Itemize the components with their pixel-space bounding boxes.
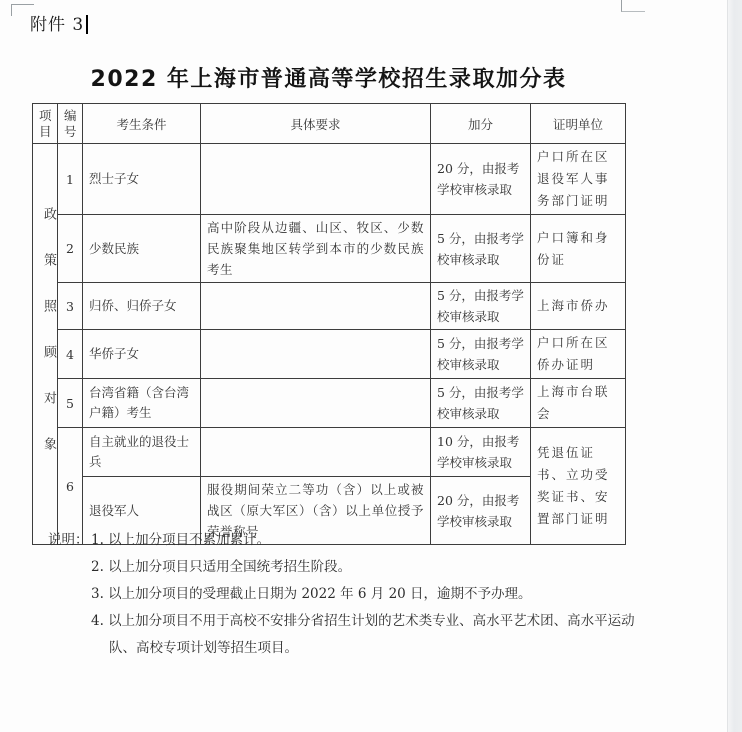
table-row: 6 自主就业的退役士兵 10 分，由报考学校审核录取 凭退伍证书、立功受奖证书、… <box>33 428 626 477</box>
cell-proof[interactable]: 上海市侨办 <box>531 283 626 330</box>
cell-requirement[interactable] <box>201 144 431 215</box>
cell-condition[interactable]: 归侨、归侨子女 <box>83 283 201 330</box>
cell-proof[interactable]: 上海市台联会 <box>531 379 626 428</box>
page-edge-strip <box>727 0 742 732</box>
cell-condition[interactable]: 烈士子女 <box>83 144 201 215</box>
notes-label[interactable]: 说明： <box>48 527 91 662</box>
cell-condition[interactable]: 台湾省籍（含台湾户籍）考生 <box>83 379 201 428</box>
note-item-1[interactable]: 1. 以上加分项目不累加累计。 <box>91 527 643 554</box>
table-header-row: 项目 编号 考生条件 具体要求 加分 证明单位 <box>33 104 626 144</box>
cell-bonus[interactable]: 10 分，由报考学校审核录取 <box>431 428 531 477</box>
cell-condition[interactable]: 华侨子女 <box>83 330 201 379</box>
cell-requirement[interactable]: 高中阶段从边疆、山区、牧区、少数民族聚集地区转学到本市的少数民族考生 <box>201 215 431 283</box>
header-requirement[interactable]: 具体要求 <box>201 104 431 144</box>
table-row: 政策照顾对象 1 烈士子女 20 分，由报考学校审核录取 户口所在区退役军人事务… <box>33 144 626 215</box>
cell-bonus[interactable]: 5 分，由报考学校审核录取 <box>431 379 531 428</box>
cell-proof[interactable]: 户口所在区退役军人事务部门证明 <box>531 144 626 215</box>
cell-requirement[interactable] <box>201 283 431 330</box>
text-boundary-corner-mark-top-right <box>621 0 645 12</box>
cell-proof[interactable]: 户口簿和身份证 <box>531 215 626 283</box>
cell-bonus[interactable]: 5 分，由报考学校审核录取 <box>431 283 531 330</box>
table-row: 4 华侨子女 5 分，由报考学校审核录取 户口所在区侨办证明 <box>33 330 626 379</box>
document-page[interactable]: 附件 3 2022 年上海市普通高等学校招生录取加分表 项目 编号 考生条件 具… <box>0 0 742 732</box>
cell-bonus[interactable]: 5 分，由报考学校审核录取 <box>431 215 531 283</box>
cell-requirement[interactable] <box>201 330 431 379</box>
attachment-heading[interactable]: 附件 3 <box>30 10 88 35</box>
bonus-points-table: 项目 编号 考生条件 具体要求 加分 证明单位 政策照顾对象 1 烈士子女 20… <box>32 103 626 545</box>
notes-items: 1. 以上加分项目不累加累计。 2. 以上加分项目只适用全国统考招生阶段。 3.… <box>91 527 643 662</box>
category-cell[interactable]: 政策照顾对象 <box>33 144 58 545</box>
note-item-2[interactable]: 2. 以上加分项目只适用全国统考招生阶段。 <box>91 554 643 581</box>
category-vertical-text: 政策照顾对象 <box>39 207 58 483</box>
table-row: 2 少数民族 高中阶段从边疆、山区、牧区、少数民族聚集地区转学到本市的少数民族考… <box>33 215 626 283</box>
cell-no[interactable]: 3 <box>58 283 83 330</box>
header-proof[interactable]: 证明单位 <box>531 104 626 144</box>
text-cursor <box>86 15 88 34</box>
header-bonus[interactable]: 加分 <box>431 104 531 144</box>
header-no[interactable]: 编号 <box>58 104 83 144</box>
page-title[interactable]: 2022 年上海市普通高等学校招生录取加分表 <box>32 62 625 93</box>
cell-bonus[interactable]: 5 分，由报考学校审核录取 <box>431 330 531 379</box>
header-category[interactable]: 项目 <box>33 104 58 144</box>
cell-no[interactable]: 1 <box>58 144 83 215</box>
cell-bonus[interactable]: 20 分，由报考学校审核录取 <box>431 144 531 215</box>
cell-no[interactable]: 4 <box>58 330 83 379</box>
cell-no[interactable]: 2 <box>58 215 83 283</box>
cell-requirement[interactable] <box>201 428 431 477</box>
table-row: 5 台湾省籍（含台湾户籍）考生 5 分，由报考学校审核录取 上海市台联会 <box>33 379 626 428</box>
cell-proof[interactable]: 户口所在区侨办证明 <box>531 330 626 379</box>
notes-block: 说明： 1. 以上加分项目不累加累计。 2. 以上加分项目只适用全国统考招生阶段… <box>48 527 650 662</box>
table-row: 3 归侨、归侨子女 5 分，由报考学校审核录取 上海市侨办 <box>33 283 626 330</box>
cell-condition[interactable]: 少数民族 <box>83 215 201 283</box>
note-item-3[interactable]: 3. 以上加分项目的受理截止日期为 2022 年 6 月 20 日，逾期不予办理… <box>91 581 643 608</box>
cell-condition[interactable]: 自主就业的退役士兵 <box>83 428 201 477</box>
cell-no[interactable]: 5 <box>58 379 83 428</box>
cell-requirement[interactable] <box>201 379 431 428</box>
header-condition[interactable]: 考生条件 <box>83 104 201 144</box>
attachment-label: 附件 3 <box>30 15 84 35</box>
note-item-4[interactable]: 4. 以上加分项目不用于高校不安排分省招生计划的艺术类专业、高水平艺术团、高水平… <box>91 608 643 662</box>
